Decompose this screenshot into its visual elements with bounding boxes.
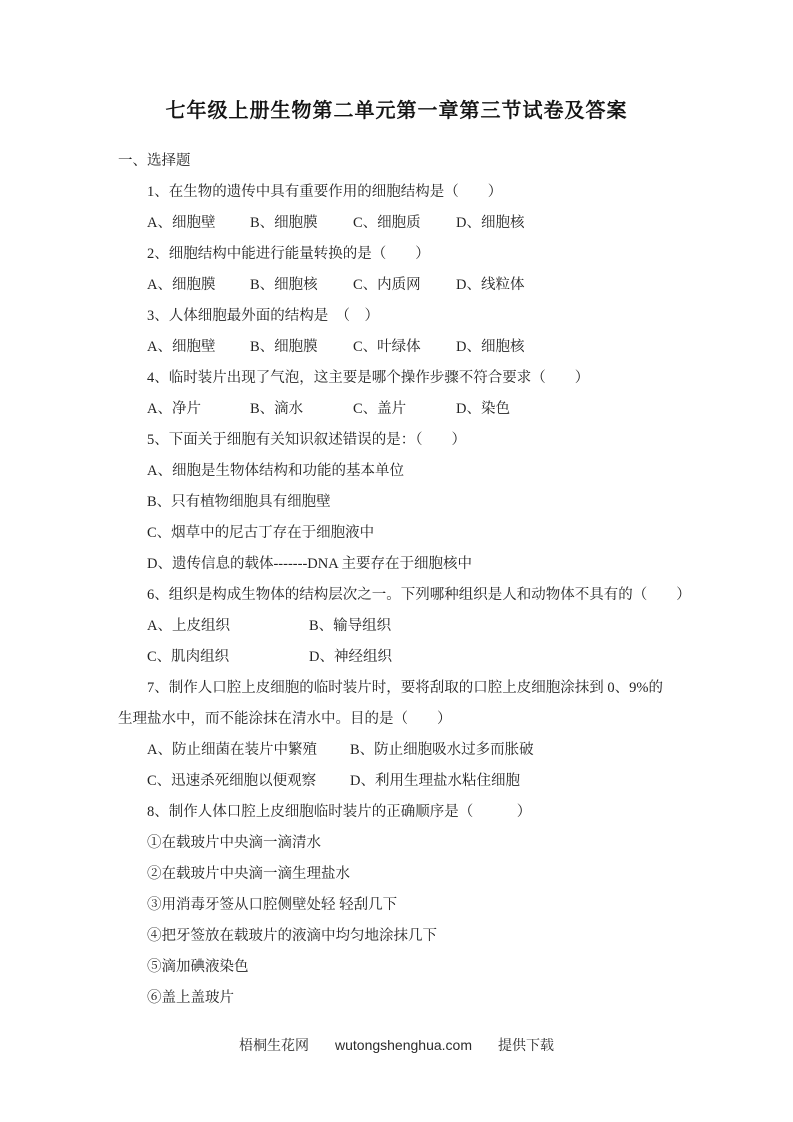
- question-6-option-a: A、上皮组织: [147, 611, 309, 642]
- question-7-option-b: B、防止细胞吸水过多而胀破: [350, 735, 534, 766]
- question-5-option-c: C、烟草中的尼古丁存在于细胞液中: [118, 518, 675, 549]
- question-2-option-d: D、线粒体: [456, 270, 559, 301]
- page-footer: 梧桐生花网wutongshenghua.com提供下载: [0, 1035, 793, 1055]
- question-3-option-b: B、细胞膜: [250, 332, 353, 363]
- footer-download-label: 提供下载: [498, 1037, 554, 1053]
- question-7-stem: 7、制作人口腔上皮细胞的临时装片时，要将刮取的口腔上皮细胞涂抹到 0、9%的生理…: [118, 673, 675, 735]
- question-6-option-b: B、输导组织: [309, 611, 391, 642]
- document-title: 七年级上册生物第二单元第一章第三节试卷及答案: [0, 0, 793, 125]
- document-body: 一、选择题 1、在生物的遗传中具有重要作用的细胞结构是（ ） A、细胞壁B、细胞…: [118, 146, 675, 1014]
- question-3-options-row: A、细胞壁B、细胞膜C、叶绿体D、细胞核: [118, 332, 675, 363]
- question-3-option-c: C、叶绿体: [353, 332, 456, 363]
- question-3-option-a: A、细胞壁: [147, 332, 250, 363]
- question-6-option-c: C、肌肉组织: [147, 642, 309, 673]
- question-5-option-a: A、细胞是生物体结构和功能的基本单位: [118, 456, 675, 487]
- question-5-option-b: B、只有植物细胞具有细胞壁: [118, 487, 675, 518]
- question-8-stem: 8、制作人体口腔上皮细胞临时装片的正确顺序是（ ）: [118, 797, 675, 828]
- question-4-option-b: B、滴水: [250, 394, 353, 425]
- question-5-option-d: D、遗传信息的载体-------DNA 主要存在于细胞核中: [118, 549, 675, 580]
- question-8-step-3: ③用消毒牙签从口腔侧壁处轻 轻刮几下: [118, 890, 675, 921]
- question-4-options-row: A、净片B、滴水C、盖片D、染色: [118, 394, 675, 425]
- question-6-options-row-2: C、肌肉组织D、神经组织: [118, 642, 675, 673]
- question-4-option-d: D、染色: [456, 394, 559, 425]
- question-1-option-c: C、细胞质: [353, 208, 456, 239]
- question-1-option-a: A、细胞壁: [147, 208, 250, 239]
- question-6-stem: 6、组织是构成生物体的结构层次之一。下列哪种组织是人和动物体不具有的（ ）: [118, 580, 675, 611]
- section-heading: 一、选择题: [118, 146, 675, 177]
- question-6-options-row-1: A、上皮组织B、输导组织: [118, 611, 675, 642]
- footer-site-url: wutongshenghua.com: [335, 1037, 472, 1053]
- question-8-step-5: ⑤滴加碘液染色: [118, 952, 675, 983]
- question-7-option-c: C、迅速杀死细胞以便观察: [147, 766, 350, 797]
- question-4-stem: 4、临时装片出现了气泡，这主要是哪个操作步骤不符合要求（ ）: [118, 363, 675, 394]
- question-7-options-row-1: A、防止细菌在装片中繁殖B、防止细胞吸水过多而胀破: [118, 735, 675, 766]
- question-2-option-c: C、内质网: [353, 270, 456, 301]
- question-6-option-d: D、神经组织: [309, 642, 392, 673]
- question-4-option-c: C、盖片: [353, 394, 456, 425]
- question-7-option-a: A、防止细菌在装片中繁殖: [147, 735, 350, 766]
- question-2-option-b: B、细胞核: [250, 270, 353, 301]
- question-1-stem: 1、在生物的遗传中具有重要作用的细胞结构是（ ）: [118, 177, 675, 208]
- question-8-step-6: ⑥盖上盖玻片: [118, 983, 675, 1014]
- question-3-option-d: D、细胞核: [456, 332, 559, 363]
- document-page: 七年级上册生物第二单元第一章第三节试卷及答案 一、选择题 1、在生物的遗传中具有…: [0, 0, 793, 1122]
- question-7-options-row-2: C、迅速杀死细胞以便观察D、利用生理盐水粘住细胞: [118, 766, 675, 797]
- question-5-stem: 5、下面关于细胞有关知识叙述错误的是：（ ）: [118, 425, 675, 456]
- question-1-option-b: B、细胞膜: [250, 208, 353, 239]
- question-8-step-1: ①在载玻片中央滴一滴清水: [118, 828, 675, 859]
- question-2-stem: 2、细胞结构中能进行能量转换的是（ ）: [118, 239, 675, 270]
- footer-site-name: 梧桐生花网: [239, 1037, 309, 1053]
- question-4-option-a: A、净片: [147, 394, 250, 425]
- question-3-stem: 3、人体细胞最外面的结构是 （ ）: [118, 301, 675, 332]
- question-2-options-row: A、细胞膜B、细胞核C、内质网D、线粒体: [118, 270, 675, 301]
- question-8-step-2: ②在载玻片中央滴一滴生理盐水: [118, 859, 675, 890]
- question-1-option-d: D、细胞核: [456, 208, 559, 239]
- question-7-option-d: D、利用生理盐水粘住细胞: [350, 766, 520, 797]
- question-8-step-4: ④把牙签放在载玻片的液滴中均匀地涂抹几下: [118, 921, 675, 952]
- question-1-options-row: A、细胞壁B、细胞膜C、细胞质D、细胞核: [118, 208, 675, 239]
- question-2-option-a: A、细胞膜: [147, 270, 250, 301]
